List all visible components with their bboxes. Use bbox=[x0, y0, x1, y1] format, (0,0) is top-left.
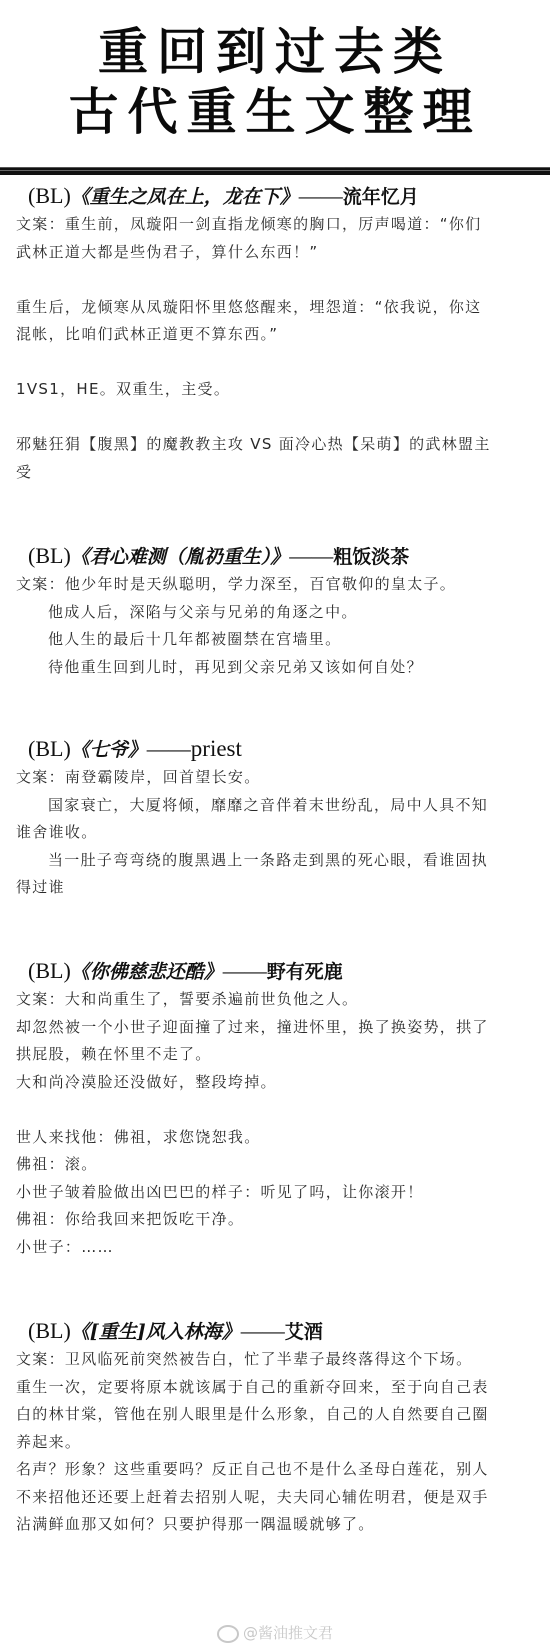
synopsis-line: 文案：大和尚重生了，誓要杀遍前世负他之人。 bbox=[16, 986, 536, 1014]
genre-tag: (BL) bbox=[28, 543, 71, 568]
synopsis-line: 受 bbox=[16, 459, 536, 487]
synopsis-line: 文案：重生前，凤璇阳一剑直指龙倾寒的胸口，厉声喝道：“你们 bbox=[16, 211, 536, 239]
synopsis-line: 混帐，比咱们武林正道更不算东西。” bbox=[16, 321, 536, 349]
synopsis-line: 待他重生回到儿时，再见到父亲兄弟又该如何自处？ bbox=[16, 654, 536, 682]
synopsis-line: 白的林甘棠，管他在别人眼里是什么形象，自己的人自然要自己圈 bbox=[16, 1401, 536, 1429]
book-entry: (BL)《你佛慈悲还酷》——野有死鹿文案：大和尚重生了，誓要杀遍前世负他之人。却… bbox=[16, 957, 536, 1261]
page-title-line-2: 古代重生文整理 bbox=[0, 82, 550, 142]
watermark: @酱油推文君 bbox=[0, 1622, 550, 1643]
synopsis-line: 世人来找他：佛祖，求您饶恕我。 bbox=[16, 1124, 536, 1152]
book-entry: (BL)《重生之凤在上，龙在下》——流年忆月文案：重生前，凤璇阳一剑直指龙倾寒的… bbox=[16, 182, 536, 486]
book-heading: (BL)《重生之凤在上，龙在下》——流年忆月 bbox=[28, 182, 536, 211]
genre-tag: (BL) bbox=[28, 1318, 71, 1343]
synopsis-line: 1VS1，HE。双重生，主受。 bbox=[16, 376, 536, 404]
author-name: 艾酒 bbox=[285, 1321, 323, 1343]
title-divider bbox=[0, 167, 550, 175]
genre-tag: (BL) bbox=[28, 958, 71, 983]
title-dash: —— bbox=[223, 958, 267, 983]
weibo-icon bbox=[217, 1625, 239, 1643]
title-dash: —— bbox=[289, 543, 333, 568]
book-title: 《君心难测（胤礽重生）》 bbox=[71, 546, 290, 568]
synopsis-line: 养起来。 bbox=[16, 1429, 536, 1457]
book-heading: (BL)《七爷》——priest bbox=[28, 735, 536, 764]
synopsis-line: 得过谁 bbox=[16, 874, 536, 902]
book-entry: (BL)《[重生]风入林海》——艾酒文案：卫风临死前突然被告白，忙了半辈子最终落… bbox=[16, 1317, 536, 1539]
book-title: 《[重生]风入林海》 bbox=[71, 1321, 241, 1343]
synopsis-line: 大和尚冷漠脸还没做好，整段垮掉。 bbox=[16, 1069, 536, 1097]
synopsis-line: 当一肚子弯弯绕的腹黑遇上一条路走到黑的死心眼，看谁固执 bbox=[16, 847, 536, 875]
title-block: 重回到过去类 古代重生文整理 bbox=[0, 22, 550, 142]
synopsis-line: 却忽然被一个小世子迎面撞了过来，撞进怀里，换了换姿势，拱了 bbox=[16, 1014, 536, 1042]
synopsis-line: 小世子皱着脸做出凶巴巴的样子：听见了吗，让你滚开！ bbox=[16, 1179, 536, 1207]
title-dash: —— bbox=[299, 183, 343, 208]
synopsis-line: 不来招他还还要上赶着去招别人呢，夫夫同心辅佐明君，便是双手 bbox=[16, 1484, 536, 1512]
page-title-line-1: 重回到过去类 bbox=[0, 22, 550, 82]
synopsis-line: 谁舍谁收。 bbox=[16, 819, 536, 847]
book-title: 《七爷》 bbox=[71, 739, 147, 761]
genre-tag: (BL) bbox=[28, 183, 71, 208]
book-title: 《重生之凤在上，龙在下》 bbox=[71, 186, 299, 208]
book-heading: (BL)《[重生]风入林海》——艾酒 bbox=[28, 1317, 536, 1346]
synopsis-line: 邪魅狂狷【腹黑】的魔教教主攻 VS 面冷心热【呆萌】的武林盟主 bbox=[16, 431, 536, 459]
author-name: 野有死鹿 bbox=[267, 961, 343, 983]
author-name: 粗饭淡茶 bbox=[333, 546, 409, 568]
synopsis-line: 他人生的最后十几年都被圈禁在宫墙里。 bbox=[16, 626, 536, 654]
title-dash: —— bbox=[241, 1318, 285, 1343]
synopsis-line bbox=[16, 266, 536, 294]
synopsis-line: 文案：卫风临死前突然被告白，忙了半辈子最终落得这个下场。 bbox=[16, 1346, 536, 1374]
synopsis-line: 佛祖：你给我回来把饭吃干净。 bbox=[16, 1206, 536, 1234]
book-title: 《你佛慈悲还酷》 bbox=[71, 961, 223, 983]
book-entry: (BL)《七爷》——priest文案：南登霸陵岸，回首望长安。国家衰亡，大厦将倾… bbox=[16, 735, 536, 902]
synopsis-line: 名声？形象？这些重要吗？反正自己也不是什么圣母白莲花，别人 bbox=[16, 1456, 536, 1484]
synopsis-line: 拱屁股，赖在怀里不走了。 bbox=[16, 1041, 536, 1069]
synopsis-line: 沾满鲜血那又如何？只要护得那一隅温暖就够了。 bbox=[16, 1511, 536, 1539]
book-heading: (BL)《你佛慈悲还酷》——野有死鹿 bbox=[28, 957, 536, 986]
synopsis-line: 他成人后，深陷与父亲与兄弟的角逐之中。 bbox=[16, 599, 536, 627]
synopsis-line: 文案：南登霸陵岸，回首望长安。 bbox=[16, 764, 536, 792]
synopsis-line: 小世子：…… bbox=[16, 1234, 536, 1262]
author-name: priest bbox=[191, 736, 242, 761]
synopsis-line: 武林正道大都是些伪君子，算什么东西！” bbox=[16, 239, 536, 267]
synopsis-line: 佛祖：滚。 bbox=[16, 1151, 536, 1179]
watermark-text: @酱油推文君 bbox=[243, 1624, 333, 1642]
synopsis-line bbox=[16, 349, 536, 377]
author-name: 流年忆月 bbox=[343, 186, 419, 208]
synopsis-line: 重生后，龙倾寒从凤璇阳怀里悠悠醒来，埋怨道：“依我说，你这 bbox=[16, 294, 536, 322]
synopsis-line: 国家衰亡，大厦将倾，靡靡之音伴着末世纷乱，局中人具不知 bbox=[16, 792, 536, 820]
synopsis-line: 文案：他少年时是天纵聪明，学力深至，百官敬仰的皇太子。 bbox=[16, 571, 536, 599]
synopsis-line bbox=[16, 404, 536, 432]
book-heading: (BL)《君心难测（胤礽重生）》——粗饭淡茶 bbox=[28, 542, 536, 571]
book-entry: (BL)《君心难测（胤礽重生）》——粗饭淡茶文案：他少年时是天纵聪明，学力深至，… bbox=[16, 542, 536, 681]
synopsis-line bbox=[16, 1096, 536, 1124]
genre-tag: (BL) bbox=[28, 736, 71, 761]
synopsis-line: 重生一次，定要将原本就该属于自己的重新夺回来，至于向自己表 bbox=[16, 1374, 536, 1402]
title-dash: —— bbox=[147, 736, 191, 761]
